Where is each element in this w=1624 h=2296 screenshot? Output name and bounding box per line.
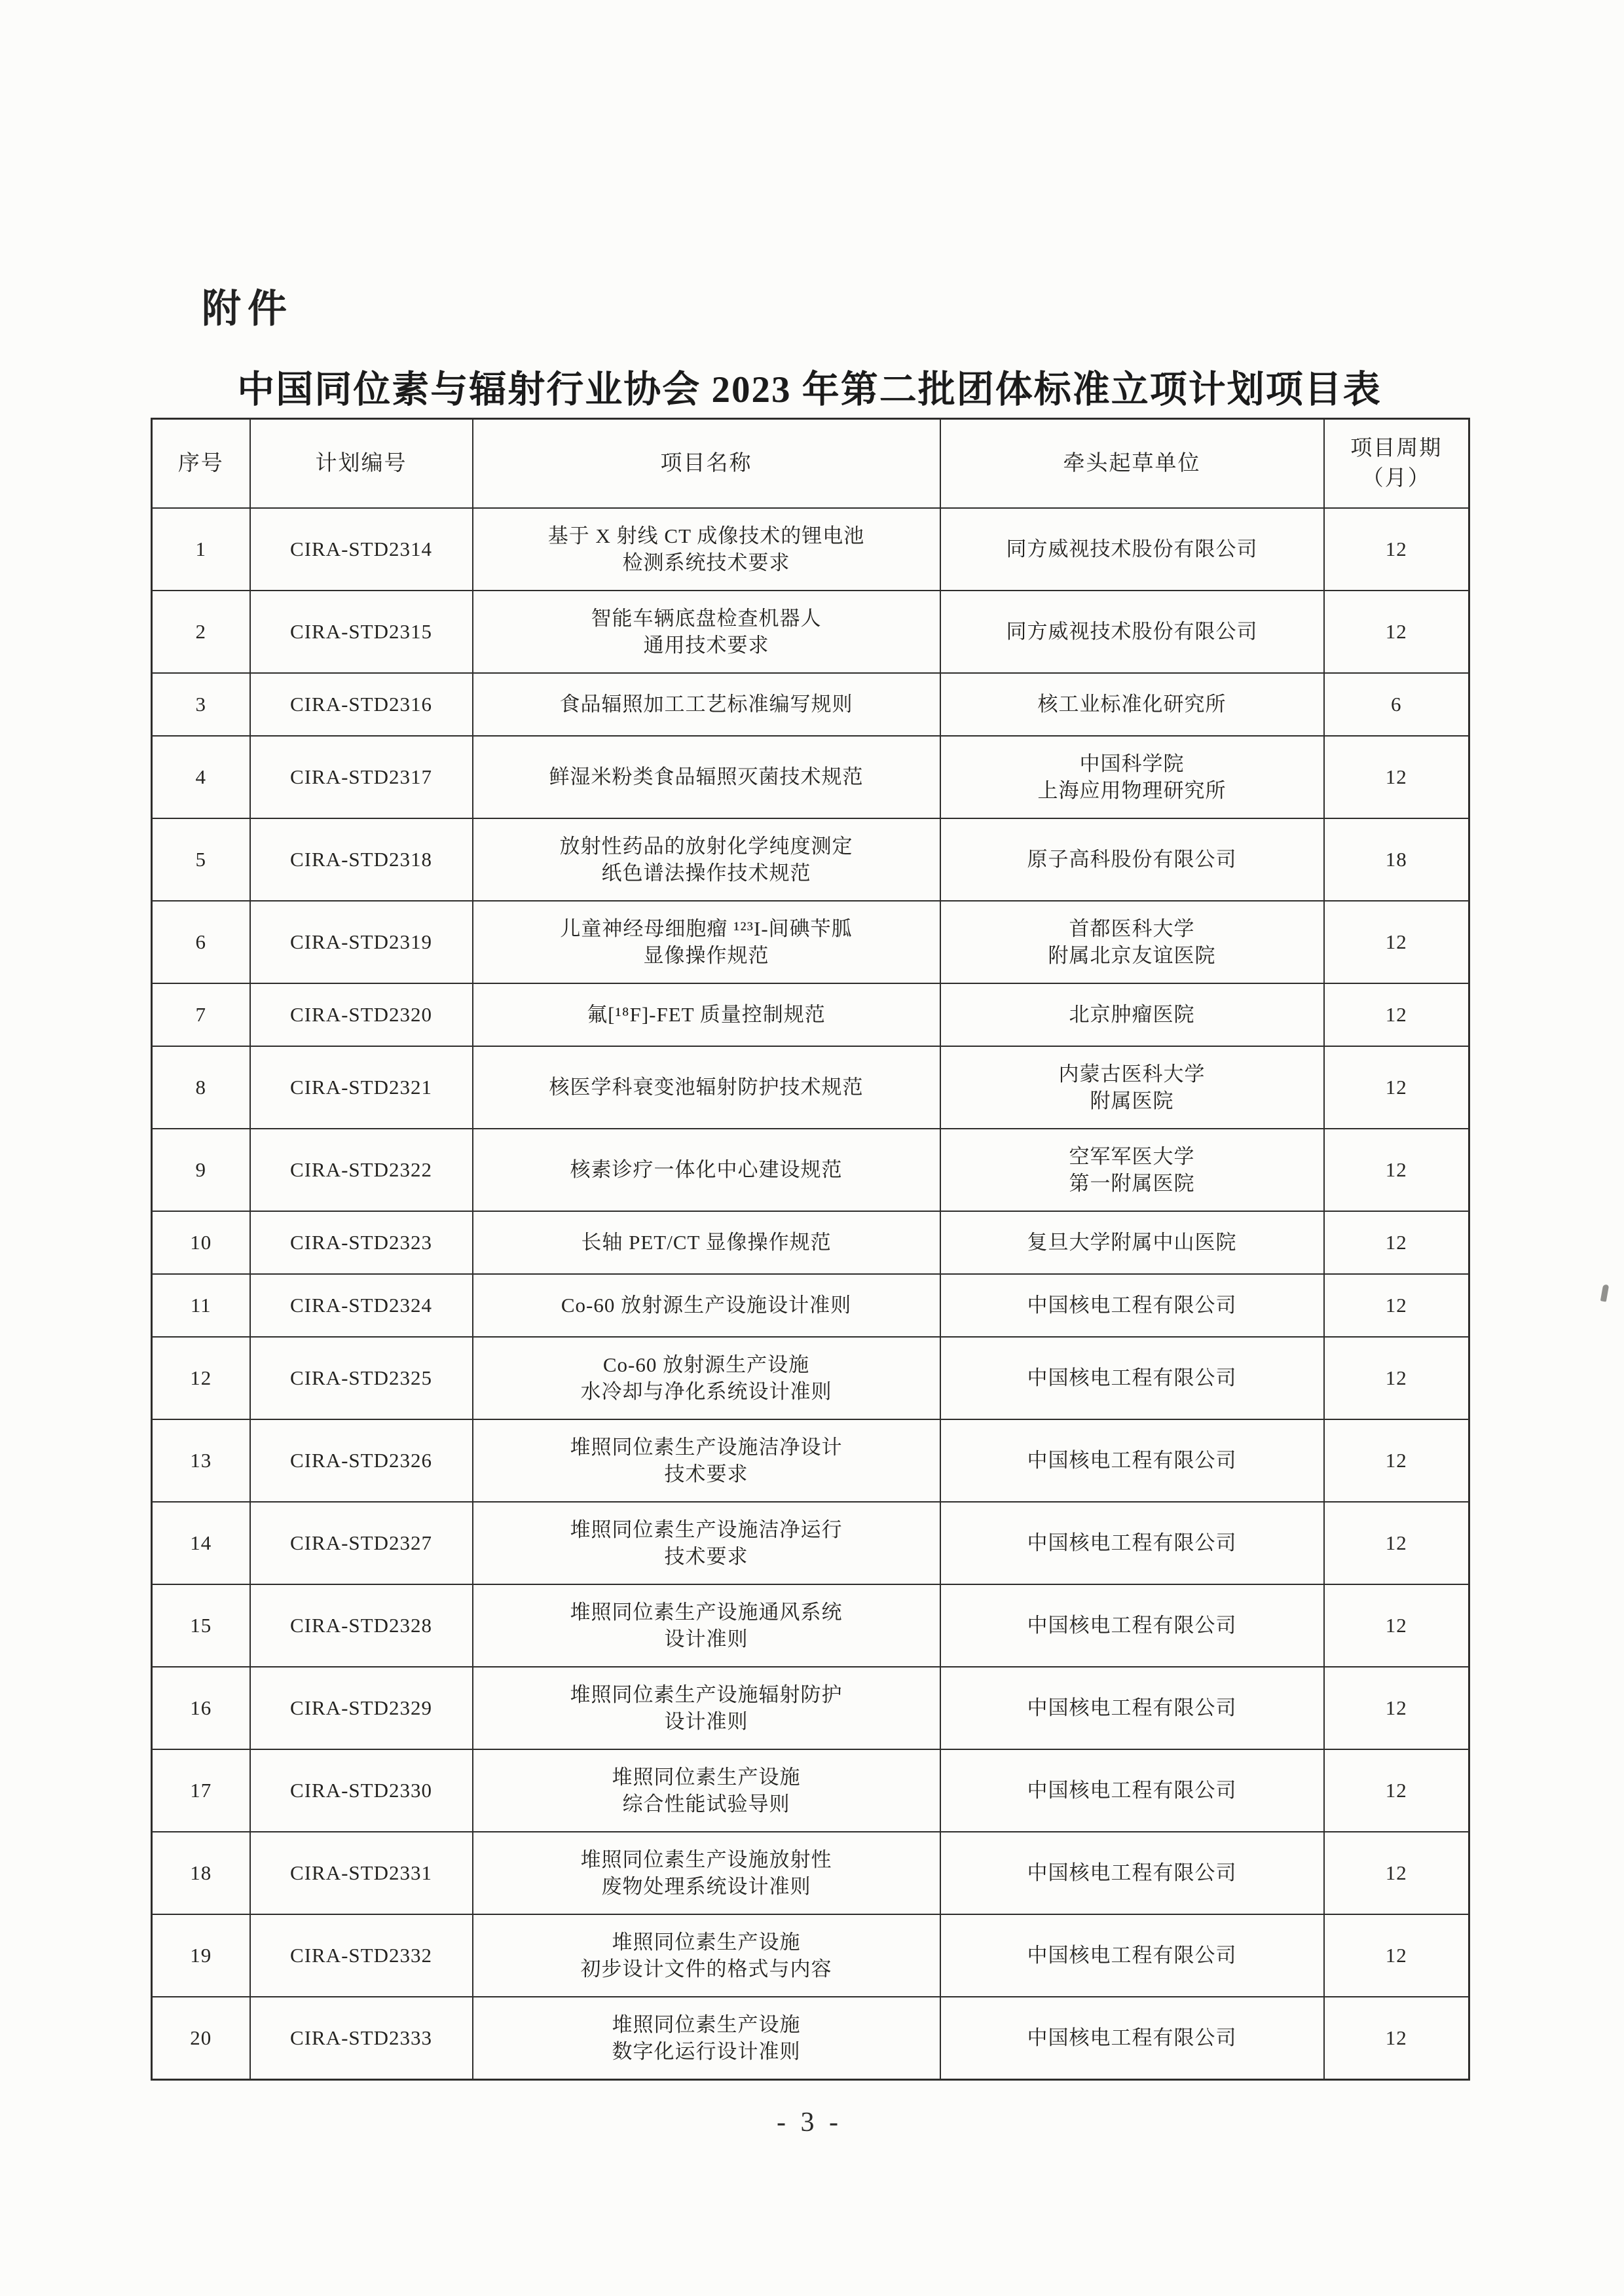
cell-index: 10 (152, 1211, 250, 1274)
table-row: 12 CIRA-STD2325 Co-60 放射源生产设施 水冷却与净化系统设计… (152, 1337, 1469, 1419)
cell-index: 6 (152, 901, 250, 983)
cell-period: 12 (1324, 736, 1469, 818)
table-header-row: 序号 计划编号 项目名称 牵头起草单位 项目周期 （月） (152, 419, 1469, 508)
table-row: 6 CIRA-STD2319 儿童神经母细胞瘤 ¹²³I-间碘苄胍 显像操作规范… (152, 901, 1469, 983)
header-cell-period: 项目周期 （月） (1324, 419, 1469, 508)
cell-period: 12 (1324, 901, 1469, 983)
page-number: - 3 - (151, 2107, 1468, 2138)
table-row: 17 CIRA-STD2330 堆照同位素生产设施 综合性能试验导则 中国核电工… (152, 1749, 1469, 1832)
cell-plan-no: CIRA-STD2327 (250, 1502, 473, 1584)
cell-plan-no: CIRA-STD2322 (250, 1129, 473, 1211)
table-row: 7 CIRA-STD2320 氟[¹⁸F]-FET 质量控制规范 北京肿瘤医院 … (152, 983, 1469, 1046)
table-row: 2 CIRA-STD2315 智能车辆底盘检查机器人 通用技术要求 同方威视技术… (152, 591, 1469, 673)
cell-period: 12 (1324, 591, 1469, 673)
table-row: 4 CIRA-STD2317 鲜湿米粉类食品辐照灭菌技术规范 中国科学院 上海应… (152, 736, 1469, 818)
cell-project-name: 堆照同位素生产设施放射性 废物处理系统设计准则 (473, 1832, 940, 1914)
cell-plan-no: CIRA-STD2330 (250, 1749, 473, 1832)
cell-period: 12 (1324, 1584, 1469, 1667)
cell-project-name: Co-60 放射源生产设施设计准则 (473, 1274, 940, 1337)
cell-period: 12 (1324, 1211, 1469, 1274)
cell-plan-no: CIRA-STD2332 (250, 1914, 473, 1997)
cell-period: 12 (1324, 1274, 1469, 1337)
cell-plan-no: CIRA-STD2324 (250, 1274, 473, 1337)
cell-period: 12 (1324, 1129, 1469, 1211)
cell-index: 2 (152, 591, 250, 673)
cell-index: 11 (152, 1274, 250, 1337)
table-row: 20 CIRA-STD2333 堆照同位素生产设施 数字化运行设计准则 中国核电… (152, 1997, 1469, 2080)
cell-unit: 北京肿瘤医院 (940, 983, 1324, 1046)
cell-period: 12 (1324, 1832, 1469, 1914)
cell-unit: 中国核电工程有限公司 (940, 1667, 1324, 1749)
cell-project-name: 基于 X 射线 CT 成像技术的锂电池 检测系统技术要求 (473, 508, 940, 591)
table-row: 18 CIRA-STD2331 堆照同位素生产设施放射性 废物处理系统设计准则 … (152, 1832, 1469, 1914)
cell-project-name: 鲜湿米粉类食品辐照灭菌技术规范 (473, 736, 940, 818)
cell-period: 12 (1324, 1749, 1469, 1832)
cell-plan-no: CIRA-STD2328 (250, 1584, 473, 1667)
cell-unit: 同方威视技术股份有限公司 (940, 508, 1324, 591)
cell-plan-no: CIRA-STD2318 (250, 818, 473, 901)
cell-index: 9 (152, 1129, 250, 1211)
header-cell-plan-no: 计划编号 (250, 419, 473, 508)
cell-index: 7 (152, 983, 250, 1046)
cell-unit: 中国核电工程有限公司 (940, 1584, 1324, 1667)
table-row: 13 CIRA-STD2326 堆照同位素生产设施洁净设计 技术要求 中国核电工… (152, 1419, 1469, 1502)
document-page: 附件 中国同位素与辐射行业协会 2023 年第二批团体标准立项计划项目表 序号 … (0, 0, 1624, 2296)
cell-project-name: 长轴 PET/CT 显像操作规范 (473, 1211, 940, 1274)
cell-project-name: 堆照同位素生产设施辐射防护 设计准则 (473, 1667, 940, 1749)
cell-unit: 同方威视技术股份有限公司 (940, 591, 1324, 673)
cell-project-name: 氟[¹⁸F]-FET 质量控制规范 (473, 983, 940, 1046)
table-row: 15 CIRA-STD2328 堆照同位素生产设施通风系统 设计准则 中国核电工… (152, 1584, 1469, 1667)
cell-index: 1 (152, 508, 250, 591)
cell-period: 12 (1324, 1914, 1469, 1997)
cell-unit: 原子高科股份有限公司 (940, 818, 1324, 901)
cell-period: 12 (1324, 1337, 1469, 1419)
cell-project-name: 放射性药品的放射化学纯度测定 纸色谱法操作技术规范 (473, 818, 940, 901)
table-row: 10 CIRA-STD2323 长轴 PET/CT 显像操作规范 复旦大学附属中… (152, 1211, 1469, 1274)
cell-unit: 空军军医大学 第一附属医院 (940, 1129, 1324, 1211)
cell-project-name: 堆照同位素生产设施 综合性能试验导则 (473, 1749, 940, 1832)
cell-project-name: 堆照同位素生产设施洁净运行 技术要求 (473, 1502, 940, 1584)
cell-index: 20 (152, 1997, 250, 2080)
cell-index: 16 (152, 1667, 250, 1749)
table-row: 19 CIRA-STD2332 堆照同位素生产设施 初步设计文件的格式与内容 中… (152, 1914, 1469, 1997)
cell-plan-no: CIRA-STD2319 (250, 901, 473, 983)
table-row: 1 CIRA-STD2314 基于 X 射线 CT 成像技术的锂电池 检测系统技… (152, 508, 1469, 591)
cell-project-name: 堆照同位素生产设施洁净设计 技术要求 (473, 1419, 940, 1502)
cell-index: 14 (152, 1502, 250, 1584)
table-row: 16 CIRA-STD2329 堆照同位素生产设施辐射防护 设计准则 中国核电工… (152, 1667, 1469, 1749)
cell-index: 13 (152, 1419, 250, 1502)
cell-project-name: 儿童神经母细胞瘤 ¹²³I-间碘苄胍 显像操作规范 (473, 901, 940, 983)
cell-unit: 中国科学院 上海应用物理研究所 (940, 736, 1324, 818)
table-row: 3 CIRA-STD2316 食品辐照加工工艺标准编写规则 核工业标准化研究所 … (152, 673, 1469, 736)
table-row: 14 CIRA-STD2327 堆照同位素生产设施洁净运行 技术要求 中国核电工… (152, 1502, 1469, 1584)
cell-plan-no: CIRA-STD2333 (250, 1997, 473, 2080)
cell-unit: 中国核电工程有限公司 (940, 1502, 1324, 1584)
cell-unit: 中国核电工程有限公司 (940, 1832, 1324, 1914)
cell-project-name: 堆照同位素生产设施通风系统 设计准则 (473, 1584, 940, 1667)
cell-plan-no: CIRA-STD2317 (250, 736, 473, 818)
cell-project-name: 食品辐照加工工艺标准编写规则 (473, 673, 940, 736)
cell-unit: 中国核电工程有限公司 (940, 1997, 1324, 2080)
cell-plan-no: CIRA-STD2315 (250, 591, 473, 673)
cell-period: 12 (1324, 1046, 1469, 1129)
cell-index: 3 (152, 673, 250, 736)
cell-unit: 首都医科大学 附属北京友谊医院 (940, 901, 1324, 983)
cell-period: 18 (1324, 818, 1469, 901)
cell-index: 15 (152, 1584, 250, 1667)
cell-index: 8 (152, 1046, 250, 1129)
cell-index: 17 (152, 1749, 250, 1832)
cell-unit: 中国核电工程有限公司 (940, 1274, 1324, 1337)
table-row: 9 CIRA-STD2322 核素诊疗一体化中心建设规范 空军军医大学 第一附属… (152, 1129, 1469, 1211)
cell-project-name: Co-60 放射源生产设施 水冷却与净化系统设计准则 (473, 1337, 940, 1419)
projects-table: 序号 计划编号 项目名称 牵头起草单位 项目周期 （月） 1 CIRA-STD2… (151, 418, 1470, 2081)
document-title: 中国同位素与辐射行业协会 2023 年第二批团体标准立项计划项目表 (151, 359, 1468, 413)
cell-plan-no: CIRA-STD2320 (250, 983, 473, 1046)
cell-plan-no: CIRA-STD2314 (250, 508, 473, 591)
cell-plan-no: CIRA-STD2325 (250, 1337, 473, 1419)
cell-index: 12 (152, 1337, 250, 1419)
table-body: 1 CIRA-STD2314 基于 X 射线 CT 成像技术的锂电池 检测系统技… (152, 508, 1469, 2080)
cell-plan-no: CIRA-STD2329 (250, 1667, 473, 1749)
cell-project-name: 堆照同位素生产设施 数字化运行设计准则 (473, 1997, 940, 2080)
scan-artifact-mark (1600, 1284, 1609, 1302)
cell-period: 12 (1324, 508, 1469, 591)
cell-period: 12 (1324, 1997, 1469, 2080)
cell-plan-no: CIRA-STD2326 (250, 1419, 473, 1502)
table-row: 8 CIRA-STD2321 核医学科衰变池辐射防护技术规范 内蒙古医科大学 附… (152, 1046, 1469, 1129)
cell-unit: 复旦大学附属中山医院 (940, 1211, 1324, 1274)
header-cell-index: 序号 (152, 419, 250, 508)
cell-project-name: 核素诊疗一体化中心建设规范 (473, 1129, 940, 1211)
cell-period: 12 (1324, 1667, 1469, 1749)
cell-index: 19 (152, 1914, 250, 1997)
cell-unit: 中国核电工程有限公司 (940, 1914, 1324, 1997)
cell-period: 12 (1324, 1502, 1469, 1584)
cell-plan-no: CIRA-STD2323 (250, 1211, 473, 1274)
attachment-label: 附件 (202, 278, 293, 334)
cell-unit: 内蒙古医科大学 附属医院 (940, 1046, 1324, 1129)
cell-index: 4 (152, 736, 250, 818)
header-cell-project-name: 项目名称 (473, 419, 940, 508)
cell-period: 12 (1324, 983, 1469, 1046)
cell-unit: 中国核电工程有限公司 (940, 1419, 1324, 1502)
cell-unit: 中国核电工程有限公司 (940, 1749, 1324, 1832)
cell-plan-no: CIRA-STD2316 (250, 673, 473, 736)
cell-project-name: 核医学科衰变池辐射防护技术规范 (473, 1046, 940, 1129)
cell-index: 18 (152, 1832, 250, 1914)
cell-index: 5 (152, 818, 250, 901)
cell-plan-no: CIRA-STD2321 (250, 1046, 473, 1129)
header-cell-unit: 牵头起草单位 (940, 419, 1324, 508)
cell-project-name: 智能车辆底盘检查机器人 通用技术要求 (473, 591, 940, 673)
table-row: 5 CIRA-STD2318 放射性药品的放射化学纯度测定 纸色谱法操作技术规范… (152, 818, 1469, 901)
cell-period: 12 (1324, 1419, 1469, 1502)
cell-period: 6 (1324, 673, 1469, 736)
cell-unit: 核工业标准化研究所 (940, 673, 1324, 736)
cell-unit: 中国核电工程有限公司 (940, 1337, 1324, 1419)
cell-project-name: 堆照同位素生产设施 初步设计文件的格式与内容 (473, 1914, 940, 1997)
table-row: 11 CIRA-STD2324 Co-60 放射源生产设施设计准则 中国核电工程… (152, 1274, 1469, 1337)
cell-plan-no: CIRA-STD2331 (250, 1832, 473, 1914)
